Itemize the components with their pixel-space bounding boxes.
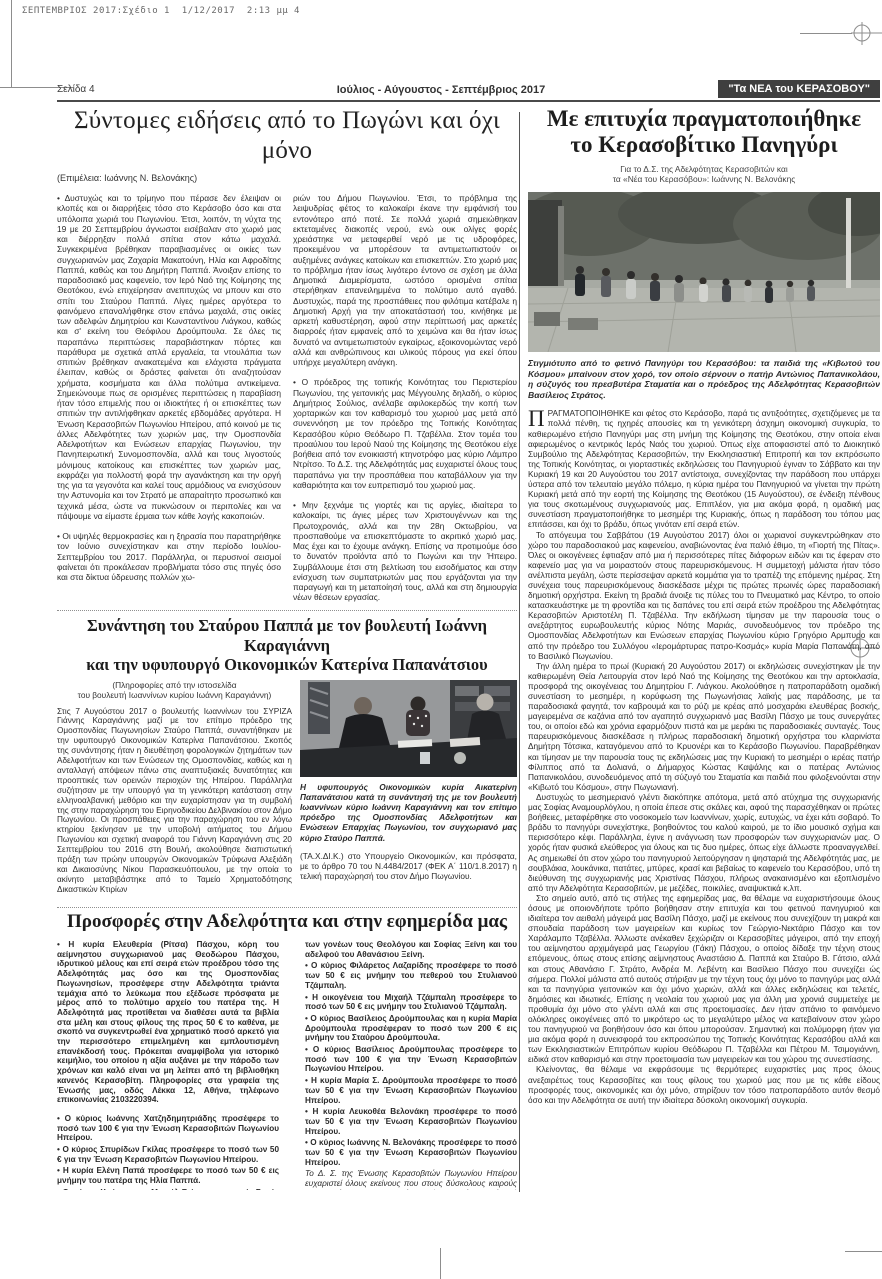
offer-item: • Ο κύριος Βασίλειος Δρούμπουλας προσέφε… [305, 1045, 517, 1074]
offers-column-1: • Η κυρία Ελευθερία (Ρίτσα) Πάσχου, κόρη… [57, 940, 279, 1190]
festival-headline-line2: το Κερασοβίτικο Πανηγύρι [528, 132, 880, 158]
paragraph: Στο σημείο αυτό, από τις στήλες της εφημ… [528, 893, 880, 1065]
meeting-headline: Συνάντηση του Σταύρου Παππά με τον βουλε… [57, 616, 517, 675]
masthead-rule [57, 100, 880, 102]
festival-subhead: Για το Δ.Σ. της Αδελφότητας Κερασοβιτών … [528, 164, 880, 184]
meeting-photo [300, 680, 517, 777]
meeting-media-column: Η υφυπουργός Οικονομικών κυρία Αικατερίν… [300, 680, 517, 919]
offer-item: • Ο κύριος Βασίλειος Δρούμπουλας και η κ… [305, 1014, 517, 1043]
offer-item: • Ο κύριος Ιωάννης Ν. Βελονάκης προσέφερ… [305, 1138, 517, 1167]
crop-mark-bottom-center [440, 1248, 441, 1279]
news-brief-article: Σύντομες ειδήσεις από το Πωγώνι και όχι … [57, 106, 517, 631]
column-divider [519, 112, 520, 1192]
crop-mark-left-vertical [11, 0, 12, 87]
offers-column-2: των γονέων τους Θεολόγου και Σοφίας Ξείν… [305, 940, 517, 1190]
offer-item: • Ο κύριος Ιωάννης Χατζηδημητριάδης προσ… [57, 1114, 279, 1143]
paragraph: • Ο πρόεδρος της τοπικής Κοινότητας του … [293, 377, 517, 490]
news-headline: Σύντομες ειδήσεις από το Πωγώνι και όχι … [57, 106, 517, 166]
offer-item: • Η οικογένεια του Μιχαήλ Τζάμπαλη προσέ… [305, 993, 517, 1012]
paragraph: Κλείνοντας, θα θέλαμε να εκφράσουμε τις … [528, 1064, 880, 1104]
paragraph: ριών του Δήμου Πωγωνίου. Έτσι, το πρόβλη… [293, 193, 517, 367]
paragraph: Την άλλη ημέρα το πρωί (Κυριακή 20 Αυγού… [528, 661, 880, 792]
paragraph: • Μην ξεχνάμε τις γιορτές και τις αργίες… [293, 500, 517, 603]
offer-item: • Οι κύριοι Χρήστος και Μιχαήλ Ξείνης κα… [57, 1188, 279, 1190]
offer-item: • Ο κύριος Σπυρίδων Γκίλας προσέφερε το … [57, 1145, 279, 1164]
meeting-text-column: (Πληροφορίες από την ιστοσελίδα του βουλ… [57, 680, 292, 919]
festival-article: Με επιτυχία πραγματοποιήθηκε το Κερασοβί… [528, 106, 880, 1164]
paragraph: Δυστυχώς το μεσημεριανό γλέντι διακόπηκε… [528, 792, 880, 893]
meeting-footnote: (ΤΑ.Χ.ΔΙ.Κ.) στο Υπουργείο Οικονομικών, … [300, 851, 517, 882]
offer-item: • Η κυρία Λευκοθέα Βελονάκη προσέφερε το… [305, 1107, 517, 1136]
print-job-header: ΣΕΠΤΕΜΒΡΙΟΣ 2017:Σχέδιο 1 1/12/2017 2:13… [22, 6, 288, 16]
meeting-credit-line2: του βουλευτή Ιωαννίνων κυρίου Ιωάννη Καρ… [57, 690, 292, 700]
offer-item: • Ο κύριος Φιλάρετος Λαζαρίδης προσέφερε… [305, 961, 517, 990]
offer-item: • Η κυρία Ελευθερία (Ρίτσα) Πάσχου, κόρη… [57, 940, 279, 1105]
meeting-credit: (Πληροφορίες από την ιστοσελίδα του βουλ… [57, 680, 292, 700]
festival-photo-caption: Στιγμιότυπο από το φετινό Πανηγύρι του Κ… [528, 358, 880, 400]
paragraph: Το απόγευμα του Σαββάτου (19 Αυγούστου 2… [528, 530, 880, 661]
offer-item: των γονέων τους Θεολόγου και Σοφίας Ξείν… [305, 940, 517, 959]
meeting-credit-line1: (Πληροφορίες από την ιστοσελίδα [57, 680, 292, 690]
festival-subhead-line2: τα «Νέα του Κερασόβου»: Ιωάννης Ν. Βελον… [528, 174, 880, 184]
offers-article: Προσφορές στην Αδελφότητα και στην εφημε… [57, 911, 517, 1190]
offer-item: • Η κυρία Ελένη Παπά προσέφερε το ποσό τ… [57, 1166, 279, 1185]
newspaper-page: ΣΕΠΤΕΜΒΡΙΟΣ 2017:Σχέδιο 1 1/12/2017 2:13… [0, 0, 882, 1279]
registration-mark-top-right-icon [851, 22, 882, 45]
festival-subhead-line1: Για το Δ.Σ. της Αδελφότητας Κερασοβιτών … [528, 164, 880, 174]
offers-headline: Προσφορές στην Αδελφότητα και στην εφημε… [57, 911, 517, 933]
paragraph: • Δυστυχώς και το τρίμηνο που πέρασε δεν… [57, 193, 281, 521]
meeting-headline-line2: και την υφυπουργό Οικονομικών Κατερίνα Π… [57, 655, 517, 675]
festival-headline-line1: Με επιτυχία πραγματοποιήθηκε [528, 106, 880, 132]
drop-cap: Π [528, 408, 548, 428]
festival-headline: Με επιτυχία πραγματοποιήθηκε το Κερασοβί… [528, 106, 880, 158]
offer-item: • Η κυρία Μαρία Σ. Δρούμπουλα προσέφερε … [305, 1076, 517, 1105]
paragraph: ΠΡΑΓΜΑΤΟΠΟΙΗΘΗΚΕ και φέτος στο Κεράσοβο,… [528, 408, 880, 529]
meeting-photo-caption: Η υφυπουργός Οικονομικών κυρία Αικατερίν… [300, 782, 517, 843]
meeting-article: Συνάντηση του Σταύρου Παππά με τον βουλε… [57, 616, 517, 919]
festival-body: ΠΡΑΓΜΑΤΟΠΟΙΗΘΗΚΕ και φέτος στο Κεράσοβο,… [528, 408, 880, 1164]
meeting-headline-line1: Συνάντηση του Σταύρου Παππά με τον βουλε… [57, 616, 517, 655]
paragraph: • Οι υψηλές θερμοκρασίες και η ξηρασία π… [57, 531, 281, 582]
print-page-number: 4 [294, 6, 299, 16]
crop-mark-topright-line [800, 33, 852, 34]
news-column-1: • Δυστυχώς και το τρίμηνο που πέρασε δεν… [57, 193, 281, 631]
meeting-body: Στις 7 Αυγούστου 2017 ο βουλευτής Ιωαννί… [57, 707, 292, 919]
offers-closing-note: Το Δ. Σ. της Ένωσης Κερασοβιτών Πωγωνίου… [305, 1169, 517, 1190]
festival-dance-photo [528, 192, 880, 352]
paper-name-badge: "Τα ΝΕΑ του ΚΕΡΑΣΟΒΟΥ" [718, 80, 880, 98]
crop-mark-bottom-right [845, 1251, 882, 1252]
news-column-2: ριών του Δήμου Πωγωνίου. Έτσι, το πρόβλη… [293, 193, 517, 631]
news-byline: (Επιμέλεια: Ιωάννης Ν. Βελονάκης) [57, 173, 517, 183]
